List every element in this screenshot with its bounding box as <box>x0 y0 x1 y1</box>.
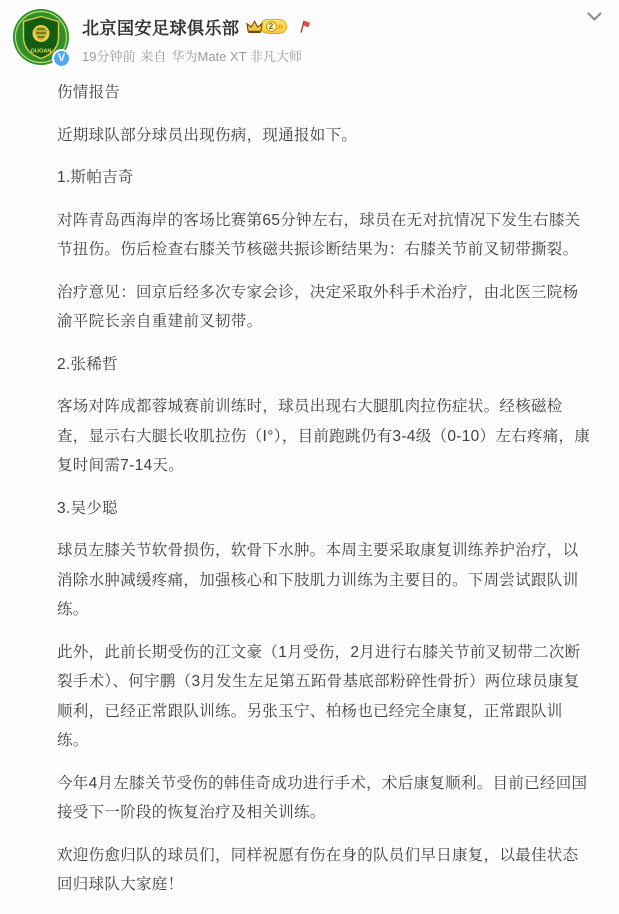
source-prefix: 来自 <box>140 46 166 65</box>
weibo-post: GUOAN V 北京国安足球俱乐部 2 » <box>0 0 619 914</box>
crown-icon <box>246 20 260 34</box>
post-paragraph: 1.斯帕吉奇 <box>57 163 593 193</box>
post-paragraph: 对阵青岛西海岸的客场比赛第65分钟左右，球员在无对抗情况下发生右膝关节扭伤。伤后… <box>57 206 593 265</box>
user-block: 北京国安足球俱乐部 2 » <box>82 9 603 65</box>
post-paragraph: 今年4月左膝关节受伤的韩佳奇成功进行手术，术后康复顺利。目前已经回国接受下一阶段… <box>57 769 593 828</box>
post-paragraph: 3.吴少聪 <box>57 494 593 524</box>
post-paragraph: 欢迎伤愈归队的球员们，同样祝愿有伤在身的队员们早日康复，以最佳状态回归球队大家庭… <box>57 841 593 900</box>
verified-icon: V <box>52 49 71 68</box>
post-time: 19分钟前 <box>82 46 135 65</box>
post-header: GUOAN V 北京国安足球俱乐部 2 » <box>0 0 619 65</box>
red-flag-icon <box>296 18 310 35</box>
post-paragraph: 球员左膝关节软骨损伤，软骨下水肿。本周主要采取康复训练养护治疗，以消除水肿减缓疼… <box>57 536 593 625</box>
post-meta: 19分钟前 来自 华为Mate XT 非凡大师 <box>82 46 603 65</box>
source-device-link[interactable]: 华为Mate XT 非凡大师 <box>171 46 302 65</box>
post-paragraph: 客场对阵成都蓉城赛前训练时，球员出现右大腿肌肉拉伤症状。经核磁检查，显示右大腿长… <box>57 392 593 481</box>
post-paragraph: 近期球队部分球员出现伤病，现通报如下。 <box>57 121 593 151</box>
avatar[interactable]: GUOAN V <box>13 9 69 65</box>
vip-level-pill: 2 » <box>260 19 288 34</box>
username[interactable]: 北京国安足球俱乐部 <box>82 14 240 39</box>
post-paragraph: 伤情报告 <box>57 78 593 108</box>
post-paragraph: 此外，此前长期受伤的江文豪（1月受伤，2月进行右膝关节前叉韧带二次断裂手术）、何… <box>57 638 593 756</box>
post-content: 伤情报告近期球队部分球员出现伤病，现通报如下。1.斯帕吉奇对阵青岛西海岸的客场比… <box>0 65 619 914</box>
svg-text:GUOAN: GUOAN <box>31 49 52 55</box>
username-row: 北京国安足球俱乐部 2 » <box>82 14 603 39</box>
vip-crown-badge[interactable]: 2 » <box>246 19 288 34</box>
vip-level-number: 2 <box>266 21 277 32</box>
vip-arrows-icon: » <box>278 22 284 32</box>
post-paragraph: 2.张稀哲 <box>57 350 593 380</box>
chevron-down-icon[interactable] <box>583 6 605 28</box>
post-paragraph: 治疗意见：回京后经多次专家会诊，决定采取外科手术治疗，由北医三院杨渝平院长亲自重… <box>57 278 593 337</box>
